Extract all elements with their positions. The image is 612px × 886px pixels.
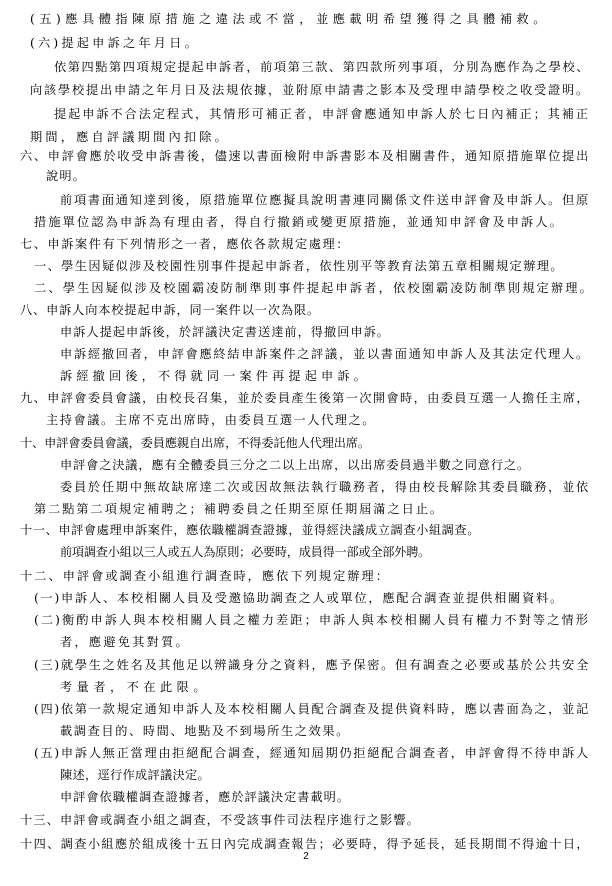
- document-line: (五)應具體指陳原措施之違法或不當，並應載明希望獲得之具體補救。: [30, 11, 550, 27]
- document-line: (五)申訴人無正當理由拒絕配合調查，經通知屆期仍拒絕配合調查者，申評會得不待申訴…: [34, 745, 590, 761]
- document-line: 申訴人提起申訴後，於評議決定書送達前，得撤回申訴。: [60, 324, 390, 340]
- document-line: 申訴經撤回者，申評會應終結申訴案件之評議，並以書面通知申訴人及其法定代理人。: [60, 346, 590, 362]
- document-line: 訴經撤回後，不得就同一案件再提起申訴。: [60, 368, 370, 384]
- document-line: 七、申訴案件有下列情形之一者，應依各款規定處理：: [20, 236, 350, 252]
- document-line: 八、申訴人向本校提起申訴，同一案件以一次為限。: [20, 302, 320, 318]
- document-line: 一、學生因疑似涉及校園性別事件提起申訴者，依性別平等教育法第五章相關規定辦理。: [34, 258, 564, 274]
- document-line: 申評會依職權調查證據者，應於評議決定書載明。: [60, 789, 350, 805]
- document-line: (四)依第一款規定通知申訴人及本校相關人員配合調查及提供資料時，應以書面為之，並…: [34, 701, 590, 717]
- document-line: 者，應避免其對質。: [60, 634, 190, 650]
- document-line: 前項調查小組以三人或五人為原則；必要時，成員得一部或全部外聘。: [60, 544, 430, 560]
- document-line: (一)申訴人、本校相關人員及受邀協助調查之人或單位，應配合調查並提供相關資料。: [34, 590, 564, 606]
- document-line: 向該學校提出申請之年月日及法規依據，並附原申請書之影本及受理申請學校之收受證明。: [30, 82, 590, 98]
- document-line: 十三、申評會或調查小組之調查，不受該事件司法程序進行之影響。: [20, 812, 420, 828]
- document-line: (六)提起申訴之年月日。: [30, 35, 200, 51]
- document-line: 委員於任期中無故缺席達二次或因故無法執行職務者，得由校長解除其委員職務，並依: [60, 479, 590, 495]
- page-number: 2: [0, 851, 612, 862]
- document-line: (二)衡酌申訴人與本校相關人員之權力差距；申訴人與本校相關人員有權力不對等之情形: [34, 612, 590, 628]
- document-line: 考量者，不在此限。: [60, 679, 210, 695]
- document-line: 依第四點第四項規定提起申訴者，前項第三款、第四款所列事項，分別為應作為之學校、: [54, 59, 590, 75]
- document-line: 二、學生因疑似涉及校園霸凌防制準則事件提起申訴者，依校園霸凌防制準則規定辦理。: [34, 280, 594, 296]
- document-line: 主持會議。主席不克出席時，由委員互選一人代理之。: [46, 412, 376, 428]
- document-line: 十一、申評會處理申訴案件，應依職權調查證據，並得經決議成立調查小組調查。: [20, 522, 480, 538]
- document-line: 前項書面通知達到後，原措施單位應擬具說明書連同關係文件送申評會及申訴人。但原: [60, 192, 590, 208]
- document-line: 載調查目的、時間、地點及不到場所生之效果。: [60, 723, 350, 739]
- document-line: (三)就學生之姓名及其他足以辨識身分之資料，應予保密。但有調查之必要或基於公共安…: [34, 657, 590, 673]
- document-line: 十、申評會委員會議，委員應親自出席，不得委託他人代理出席。: [20, 435, 370, 451]
- document-line: 九、申評會委員會議，由校長召集，並於委員產生後第一次開會時，由委員互選一人擔任主…: [20, 390, 590, 406]
- document-line: 十二、申評會或調查小組進行調查時，應依下列規定辦理：: [20, 568, 390, 584]
- document-line: 十四、調查小組應於組成後十五日內完成調查報告；必要時，得予延長，延長期間不得逾十…: [20, 836, 590, 852]
- document-line: 第二點第二項規定補聘之；補聘委員之任期至原任期屆滿之日止。: [34, 501, 444, 517]
- document-line: 陳述，逕行作成評議決定。: [60, 767, 210, 783]
- document-line: 說明。: [46, 168, 86, 184]
- document-line: 六、申評會應於收受申訴書後，儘速以書面檢附申訴書影本及相關書件，通知原措施單位提…: [20, 148, 590, 164]
- document-page: (五)應具體指陳原措施之違法或不當，並應載明希望獲得之具體補救。(六)提起申訴之…: [0, 0, 612, 886]
- document-line: 申評會之決議，應有全體委員三分之二以上出席，以出席委員過半數之同意行之。: [60, 457, 530, 473]
- document-line: 提起申訴不合法定程式，其情形可補正者，申評會應通知申訴人於七日內補正；其補正: [54, 106, 590, 122]
- document-line: 期間，應自評議期間內扣除。: [30, 129, 230, 145]
- document-line: 措施單位認為申訴為有理由者，得自行撤銷或變更原措施，並通知申評會及申訴人。: [34, 214, 564, 230]
